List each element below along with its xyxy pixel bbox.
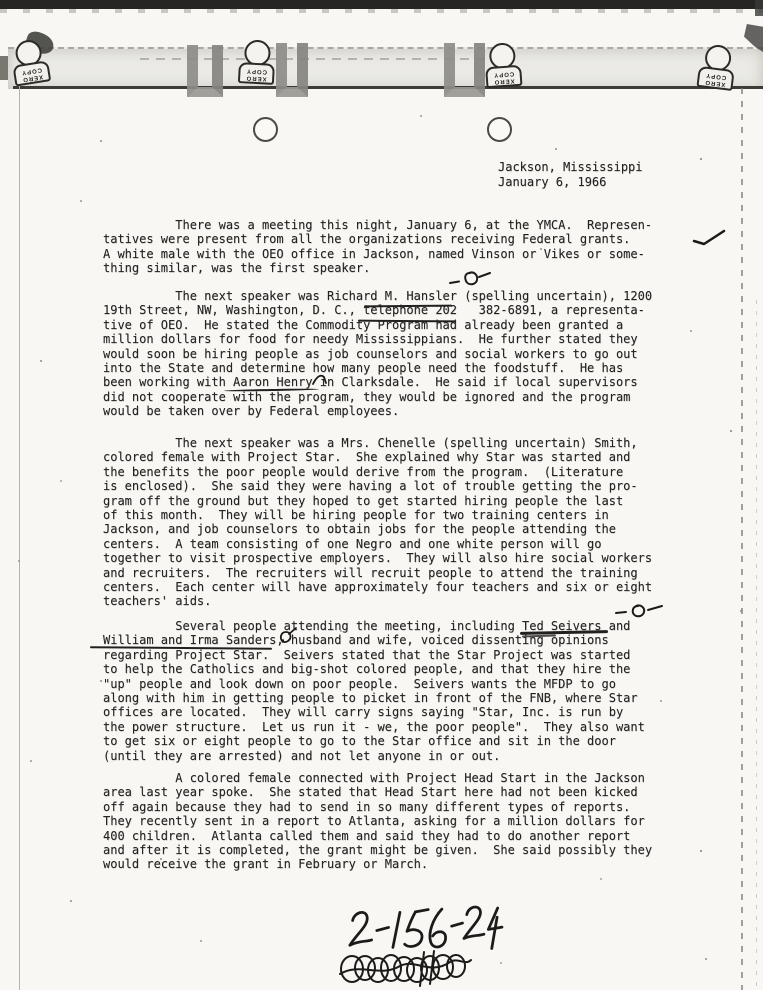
handwritten-separator-mark (448, 266, 492, 290)
page-right-dashed-edge-2 (756, 300, 757, 990)
paragraph-5: A colored female connected with Project … (103, 771, 652, 872)
scribble-redaction (338, 948, 473, 990)
paragraph-4: Several people attending the meeting, in… (103, 619, 645, 763)
xero-copy-stamp: XERO COPY (9, 37, 51, 86)
binder-clip-mark (187, 45, 223, 97)
handwritten-checkmark (692, 226, 726, 248)
header-strip-bottom-line (13, 86, 763, 89)
scan-smudge (0, 56, 8, 80)
paragraph-2: The next speaker was Richard M. Hansler … (103, 289, 652, 419)
stamp-text: COPY (246, 67, 267, 74)
scan-smudge (755, 0, 763, 16)
binder-clip-mark (276, 43, 308, 97)
dateline-location: Jackson, Mississippi (498, 160, 643, 174)
handwritten-separator-mark (614, 600, 664, 620)
punch-hole (253, 117, 278, 142)
stamp-text: XERO (246, 74, 267, 81)
page-left-edge-line (19, 86, 20, 990)
photocopy-top-edge (0, 0, 763, 9)
punch-hole (487, 117, 512, 142)
scan-speckle (100, 140, 102, 142)
photocopy-header-strip (8, 47, 763, 89)
paragraph-3: The next speaker was a Mrs. Chenelle (sp… (103, 436, 652, 609)
binder-clip-mark (444, 43, 485, 97)
stamp-text: XERO (493, 77, 514, 84)
xero-copy-stamp: XERO COPY (696, 43, 737, 91)
photocopy-edge-noise (0, 9, 763, 13)
xero-copy-stamp: XERO COPY (238, 39, 276, 85)
paragraph-1: There was a meeting this night, January … (103, 218, 652, 276)
xero-copy-stamp: XERO COPY (484, 42, 523, 88)
underline-telephone (358, 319, 456, 322)
handwritten-loop-mark (276, 626, 298, 646)
page-right-dashed-edge (741, 88, 743, 990)
handwritten-caret-mark (310, 368, 330, 388)
dateline-date: January 6, 1966 (498, 175, 606, 189)
